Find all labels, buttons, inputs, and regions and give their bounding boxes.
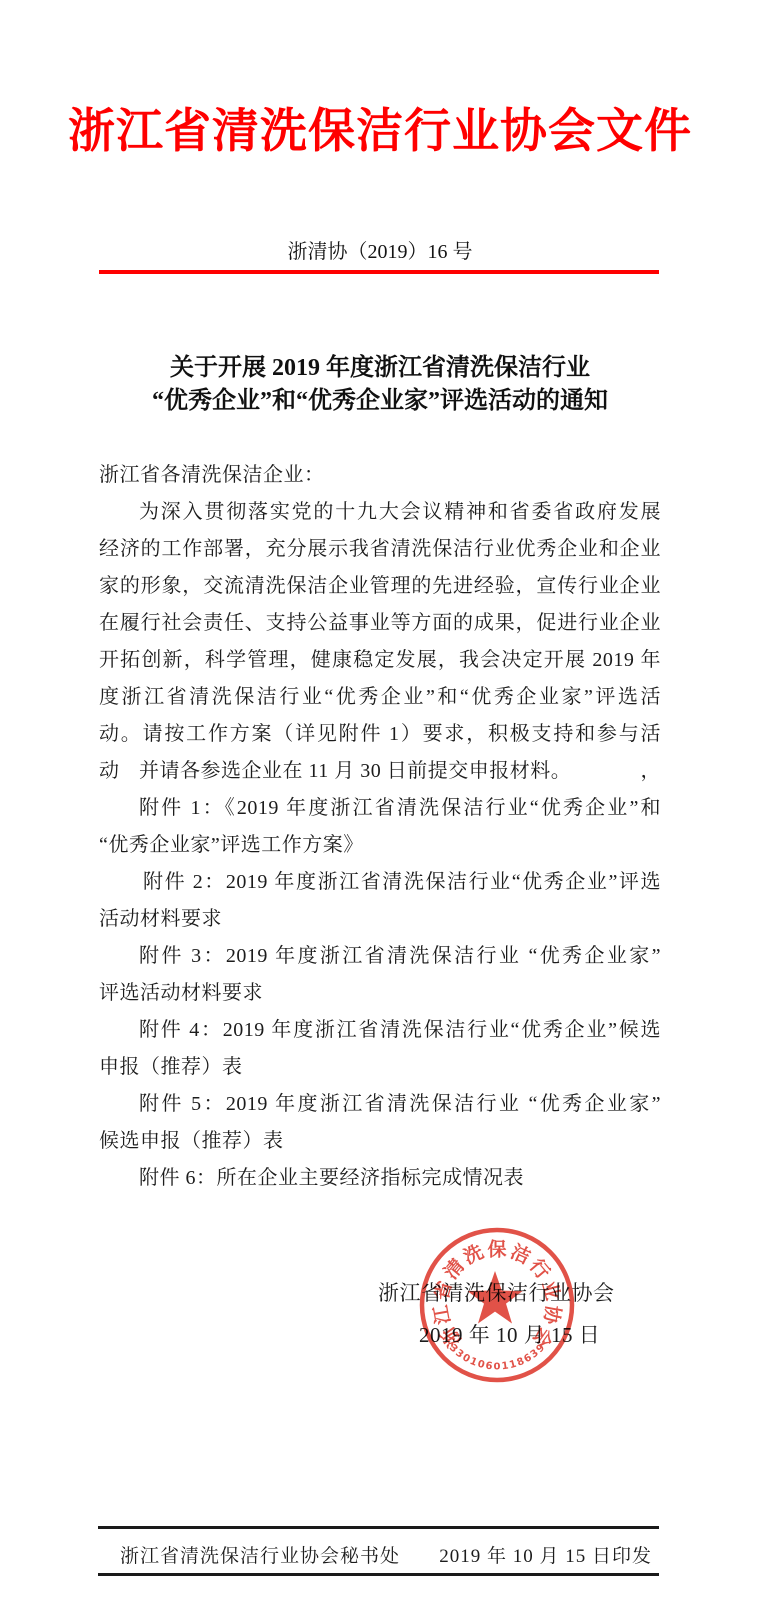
body-line-19: 附件 6：所在企业主要经济指标完成情况表 [99,1160,661,1197]
body-line-14: 评选活动材料要求 [99,975,661,1012]
official-seal-stamp: 浙江省清洗保洁行业协会3301060118639 [402,1210,592,1400]
body-line-4: 在履行社会责任、支持公益事业等方面的成果，促进行业企业 [99,605,661,642]
footer-print-date: 2019 年 10 月 15 日印发 [439,1541,652,1568]
red-divider [99,270,659,274]
body-line-15: 附件 4：2019 年度浙江省清洗保洁行业“优秀企业”候选 [99,1012,661,1049]
body-line-1: 为深入贯彻落实党的十九大会议精神和省委省政府发展 [99,494,661,531]
seal-glyph: 保 [487,1238,506,1261]
seal-glyph: 业 [537,1279,563,1303]
body-line-10: “优秀企业家”评选工作方案》 [99,827,661,864]
document-title: 关于开展 2019 年度浙江省清洗保洁行业 “优秀企业”和“优秀企业家”评选活动… [0,352,760,418]
body-line-18: 候选申报（推荐）表 [99,1123,661,1160]
body-line-13: 附件 3：2019 年度浙江省清洗保洁行业 “优秀企业家” [99,938,661,975]
document-number: 浙清协（2019）16 号 [0,235,760,264]
seal-glyph: 省 [429,1278,456,1302]
body-line-17: 附件 5：2019 年度浙江省清洗保洁行业 “优秀企业家” [99,1086,661,1123]
body-line-3: 家的形象，交流清洗保洁企业管理的先进经验，宣传行业企业 [99,568,661,605]
document-page: 浙江省清洗保洁行业协会文件 浙清协（2019）16 号 关于开展 2019 年度… [0,0,760,1618]
body-line-11: 附件 2：2019 年度浙江省清洗保洁行业“优秀企业”评选 [99,864,661,901]
seal-glyph: 洗 [460,1240,487,1269]
footer-divider-bottom [98,1573,659,1576]
body-text: 浙江省各清洗保洁企业：为深入贯彻落实党的十九大会议精神和省委省政府发展经济的工作… [99,457,661,1197]
seal-glyph: 0 [494,1362,501,1373]
seal-glyph: 江 [430,1302,455,1326]
body-line-0: 浙江省各清洗保洁企业： [99,457,661,494]
body-line-16: 申报（推荐）表 [99,1049,661,1086]
body-line-6: 度浙江省清洗保洁行业“优秀企业”和“优秀企业家”评选活 [99,679,661,716]
body-line-12: 活动材料要求 [99,901,661,938]
seal-star-icon [467,1271,522,1324]
body-line-5: 开拓创新，科学管理，健康稳定发展，我会决定开展 2019 年 [99,642,661,679]
footer-divider-top [98,1526,659,1529]
seal-glyph: 行 [525,1254,555,1283]
body-line-2: 经济的工作部署，充分展示我省清洗保洁行业优秀企业和企业 [99,531,661,568]
seal-glyph: 协 [539,1303,565,1327]
document-title-line1: 关于开展 2019 年度浙江省清洗保洁行业 [0,352,760,385]
document-header-title: 浙江省清洗保洁行业协会文件 [0,94,760,161]
footer-issuer: 浙江省清洗保洁行业协会秘书处 [120,1541,400,1568]
seal-glyph: 6 [485,1361,493,1373]
document-title-line2: “优秀企业”和“优秀企业家”评选活动的通知 [0,385,760,418]
body-line-7: 动。请按工作方案（详见附件 1）要求，积极支持和参与活动， [99,716,661,753]
body-line-9: 附件 1：《2019 年度浙江省清洗保洁行业“优秀企业”和 [99,790,661,827]
